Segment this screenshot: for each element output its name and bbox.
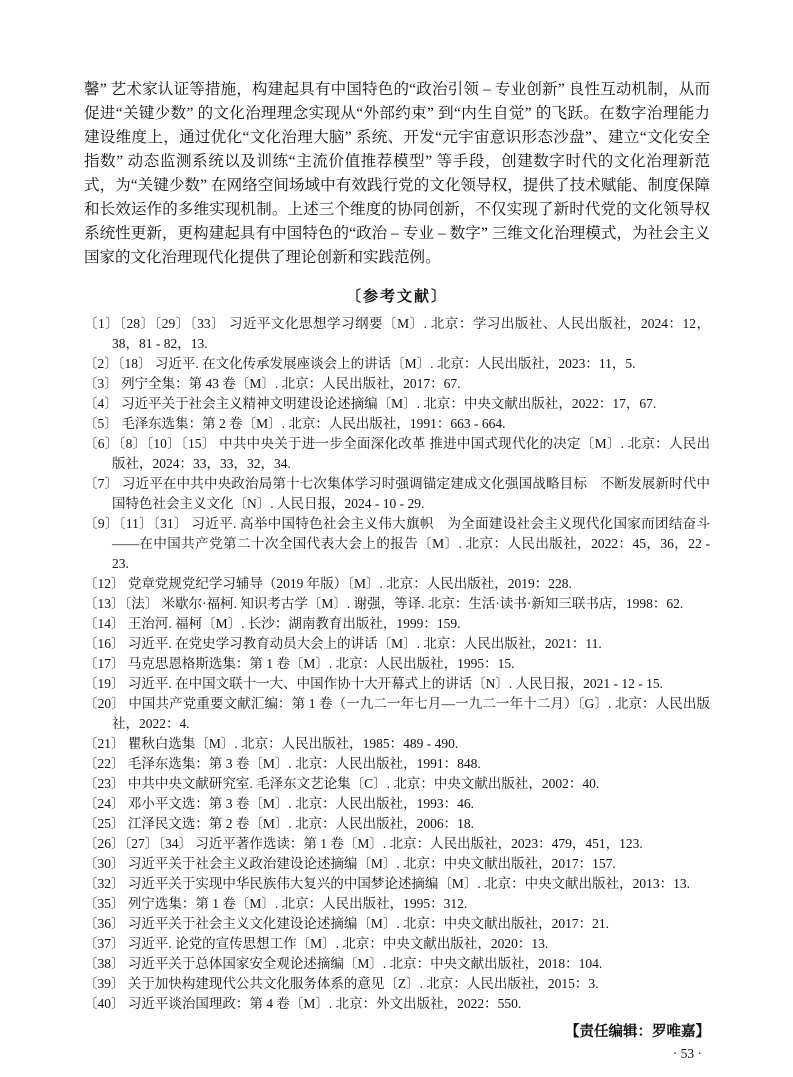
reference-item: 〔19〕 习近平. 在中国文联十一大、中国作协十大开幕式上的讲话〔N〕. 人民日… — [84, 674, 710, 694]
reference-item: 〔37〕 习近平. 论党的宣传思想工作〔M〕. 北京：中央文献出版社，2020：… — [84, 934, 710, 954]
reference-item: 〔20〕 中国共产党重要文献汇编：第 1 卷（一九二一年七月—一九二一年十二月）… — [84, 694, 710, 734]
editor-note: 【责任编辑：罗唯嘉】 — [84, 1020, 710, 1041]
reference-item: 〔17〕 马克思恩格斯选集：第 1 卷〔M〕. 北京：人民出版社，1995：15… — [84, 654, 710, 674]
reference-item: 〔26〕〔27〕〔34〕 习近平著作选读：第 1 卷〔M〕. 北京：人民出版社，… — [84, 834, 710, 854]
page-number: · 53 · — [84, 1046, 710, 1062]
reference-item: 〔5〕 毛泽东选集：第 2 卷〔M〕. 北京：人民出版社，1991：663 - … — [84, 414, 710, 434]
reference-item: 〔39〕 关于加快构建现代公共文化服务体系的意见〔Z〕. 北京：人民出版社，20… — [84, 974, 710, 994]
reference-item: 〔23〕 中共中央文献研究室. 毛泽东文艺论集〔C〕. 北京：中央文献出版社，2… — [84, 774, 710, 794]
reference-item: 〔14〕 王治河. 福柯〔M〕. 长沙：湖南教育出版社，1999：159. — [84, 614, 710, 634]
reference-item: 〔24〕 邓小平文选：第 3 卷〔M〕. 北京：人民出版社，1993：46. — [84, 794, 710, 814]
paper-page: 馨” 艺术家认证等措施，构建起具有中国特色的“政治引领 – 专业创新” 良性互动… — [0, 0, 793, 1077]
reference-item: 〔4〕 习近平关于社会主义精神文明建设论述摘编〔M〕. 北京：中央文献出版社，2… — [84, 394, 710, 414]
reference-item: 〔22〕 毛泽东选集：第 3 卷〔M〕. 北京：人民出版社，1991：848. — [84, 754, 710, 774]
reference-item: 〔38〕 习近平关于总体国家安全观论述摘编〔M〕. 北京：中央文献出版社，201… — [84, 954, 710, 974]
reference-item: 〔40〕 习近平谈治国理政：第 4 卷〔M〕. 北京：外文出版社，2022：55… — [84, 994, 710, 1014]
reference-item: 〔3〕 列宁全集：第 43 卷〔M〕. 北京：人民出版社，2017：67. — [84, 374, 710, 394]
reference-item: 〔9〕〔11〕〔31〕 习近平. 高举中国特色社会主义伟大旗帜 为全面建设社会主… — [84, 514, 710, 574]
reference-item: 〔32〕 习近平关于实现中华民族伟大复兴的中国梦论述摘编〔M〕. 北京：中央文献… — [84, 874, 710, 894]
references-heading: 〔参考文献〕 — [84, 285, 710, 306]
reference-item: 〔25〕 江泽民文选：第 2 卷〔M〕. 北京：人民出版社，2006：18. — [84, 814, 710, 834]
reference-item: 〔1〕〔28〕〔29〕〔33〕 习近平文化思想学习纲要〔M〕. 北京：学习出版社… — [84, 314, 710, 354]
reference-item: 〔13〕〔法〕 米歇尔·福柯. 知识考古学〔M〕. 谢强，等译. 北京：生活·读… — [84, 594, 710, 614]
references-list: 〔1〕〔28〕〔29〕〔33〕 习近平文化思想学习纲要〔M〕. 北京：学习出版社… — [84, 314, 710, 1014]
reference-item: 〔35〕 列宁选集：第 1 卷〔M〕. 北京：人民出版社，1995：312. — [84, 894, 710, 914]
reference-item: 〔6〕〔8〕〔10〕〔15〕 中共中央关于进一步全面深化改革 推进中国式现代化的… — [84, 434, 710, 474]
reference-item: 〔21〕 瞿秋白选集〔M〕. 北京：人民出版社，1985：489 - 490. — [84, 734, 710, 754]
body-paragraph: 馨” 艺术家认证等措施，构建起具有中国特色的“政治引领 – 专业创新” 良性互动… — [84, 78, 710, 270]
reference-item: 〔2〕〔18〕 习近平. 在文化传承发展座谈会上的讲话〔M〕. 北京：人民出版社… — [84, 354, 710, 374]
reference-item: 〔12〕 党章党规党纪学习辅导（2019 年版）〔M〕. 北京：人民出版社，20… — [84, 574, 710, 594]
reference-item: 〔36〕 习近平关于社会主义文化建设论述摘编〔M〕. 北京：中央文献出版社，20… — [84, 914, 710, 934]
reference-item: 〔30〕 习近平关于社会主义政治建设论述摘编〔M〕. 北京：中央文献出版社，20… — [84, 854, 710, 874]
reference-item: 〔16〕 习近平. 在党史学习教育动员大会上的讲话〔M〕. 北京：人民出版社，2… — [84, 634, 710, 654]
reference-item: 〔7〕 习近平在中共中央政治局第十七次集体学习时强调锚定建成文化强国战略目标 不… — [84, 474, 710, 514]
